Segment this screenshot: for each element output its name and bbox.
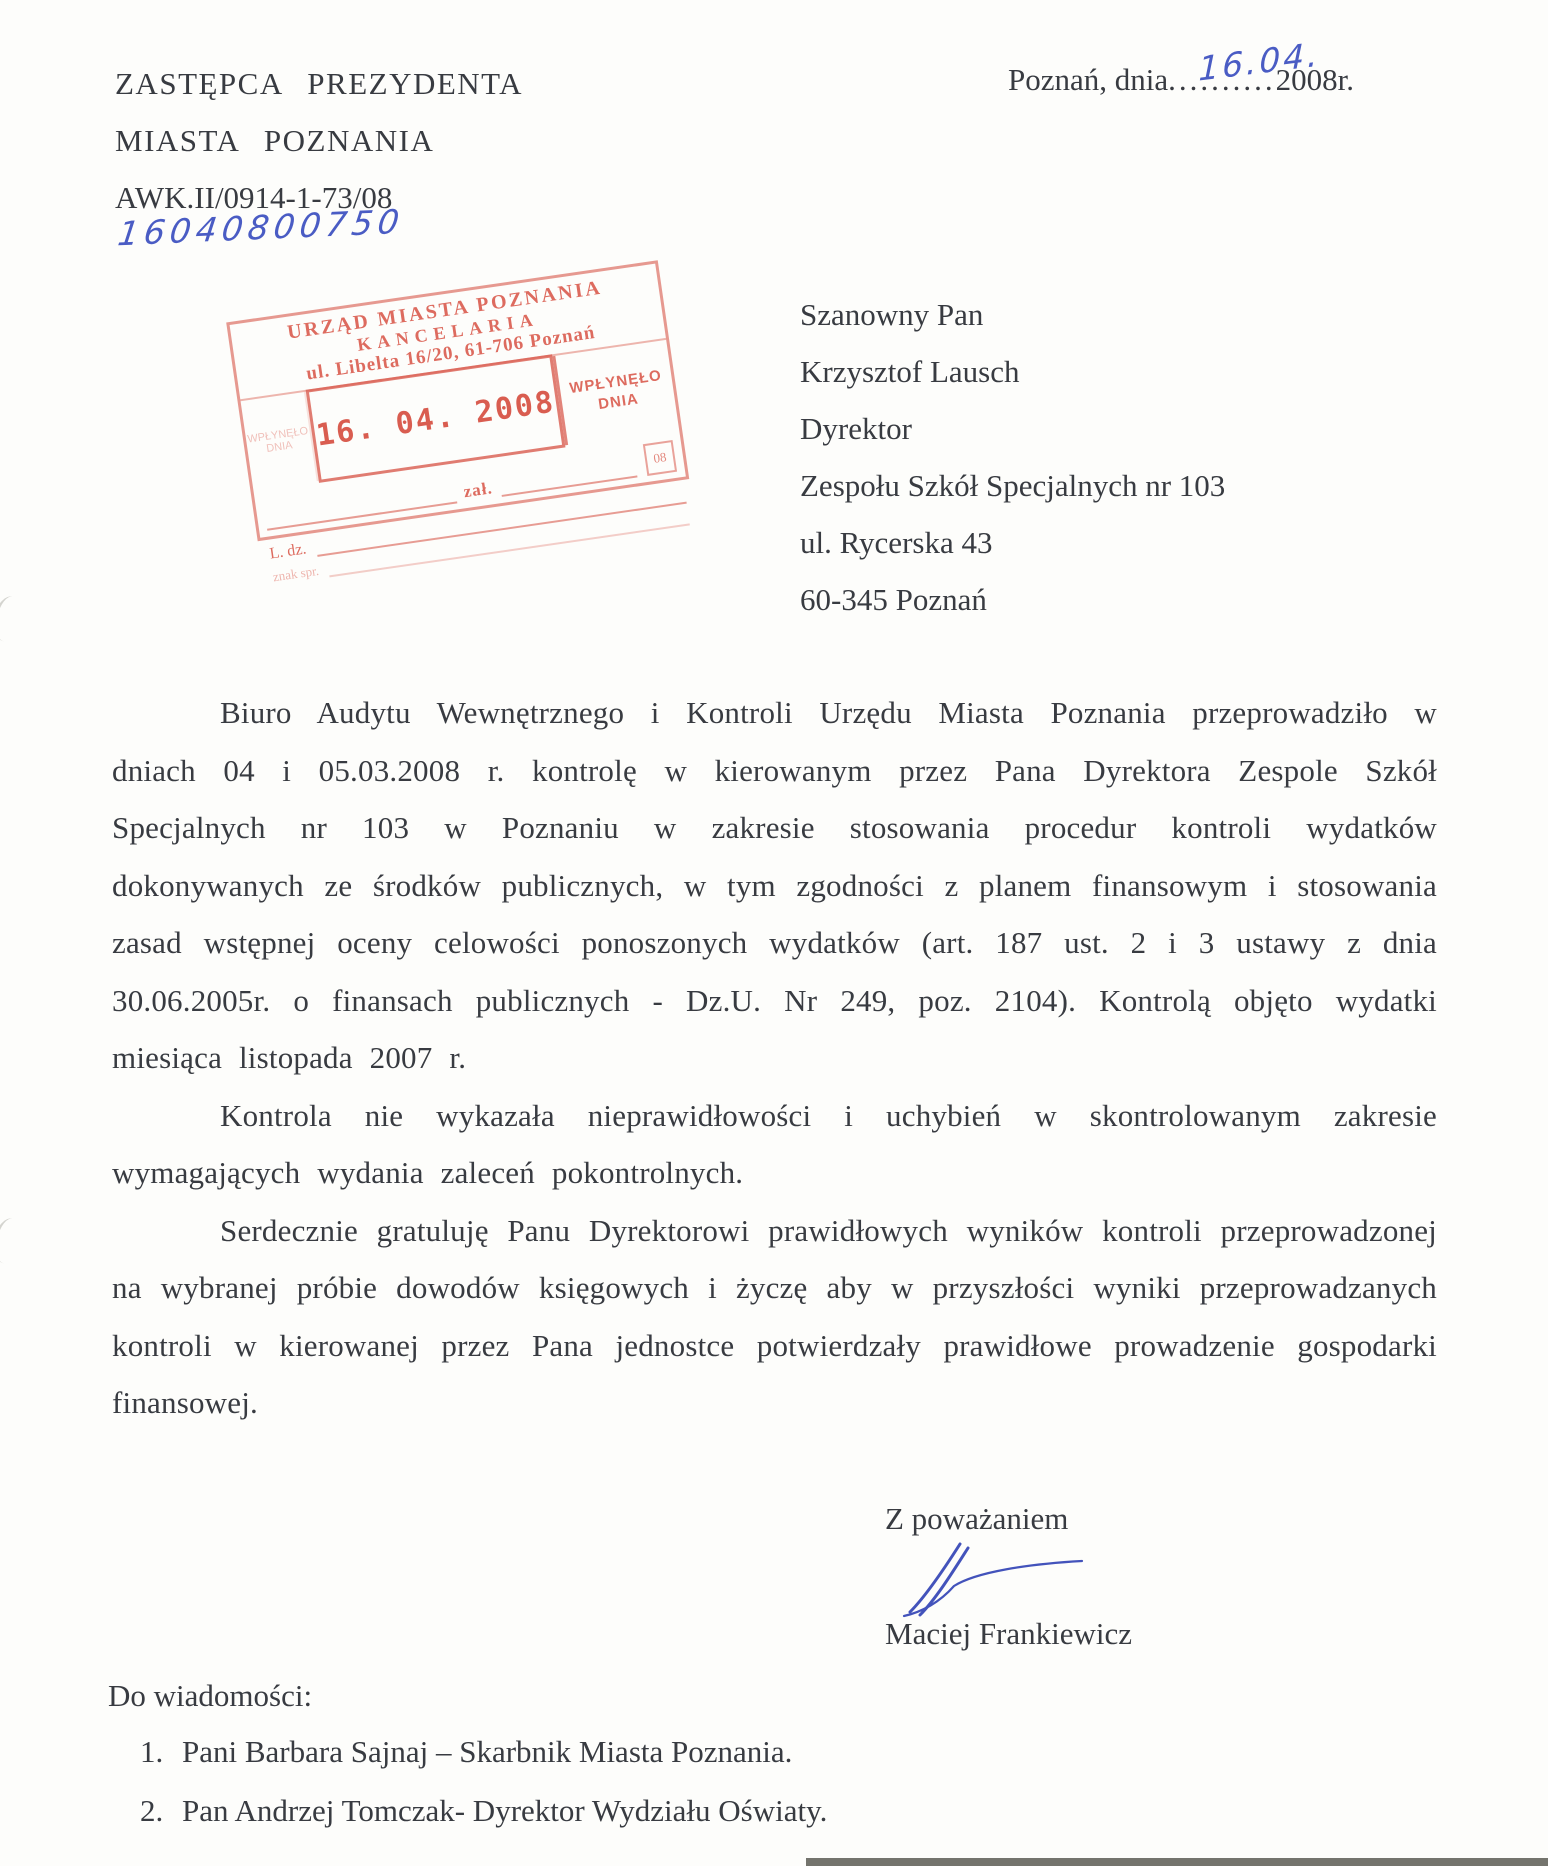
signer-name: Maciej Frankiewicz: [885, 1616, 1132, 1652]
cc-item-number: 1.: [140, 1724, 182, 1780]
cc-item-text: Pan Andrzej Tomczak- Dyrektor Wydziału O…: [182, 1793, 827, 1828]
scan-edge-strip: [806, 1858, 1548, 1866]
body-paragraph: Biuro Audytu Wewnętrznego i Kontroli Urz…: [112, 684, 1437, 1087]
stamp-received-label: WPŁYNĘŁO DNIA: [552, 340, 679, 445]
closing-salutation: Z poważaniem: [885, 1501, 1068, 1537]
recipient-block: Szanowny Pan Krzysztof Lausch Dyrektor Z…: [800, 286, 1225, 628]
cc-item-text: Pani Barbara Sajnaj – Skarbnik Miasta Po…: [182, 1734, 792, 1769]
recipient-line: ul. Rycerska 43: [800, 514, 1225, 571]
scan-artifact-curl: [0, 1215, 27, 1266]
body-paragraph: Kontrola nie wykazała nieprawidłowości i…: [112, 1087, 1437, 1202]
cc-block: Do wiadomości: 1.Pani Barbara Sajnaj – S…: [108, 1671, 827, 1839]
cc-item: 2.Pan Andrzej Tomczak- Dyrektor Wydziału…: [108, 1783, 827, 1839]
scanned-letter-page: ZASTĘPCA PREZYDENTA MIASTA POZNANIA AWK.…: [0, 0, 1548, 1866]
stamp-attachments-label: zał.: [462, 478, 494, 502]
stamp-ghost-received-label: WPŁYNĘŁO DNIA: [241, 392, 319, 490]
recipient-line: Szanowny Pan: [800, 286, 1225, 343]
letter-body: Biuro Audytu Wewnętrznego i Kontroli Urz…: [112, 684, 1437, 1432]
cc-item: 1.Pani Barbara Sajnaj – Skarbnik Miasta …: [108, 1724, 827, 1780]
sender-title-line2: MIASTA POZNANIA: [115, 112, 523, 169]
signature-ink: [888, 1538, 1088, 1620]
recipient-line: Dyrektor: [800, 400, 1225, 457]
sender-block: ZASTĘPCA PREZYDENTA MIASTA POZNANIA AWK.…: [115, 55, 523, 226]
cc-item-number: 2.: [140, 1783, 182, 1839]
recipient-line: Zespołu Szkół Specjalnych nr 103: [800, 457, 1225, 514]
body-paragraph: Serdecznie gratuluję Panu Dyrektorowi pr…: [112, 1202, 1437, 1432]
kancelaria-stamp: URZĄD MIASTA POZNANIA KANCELARIA ul. Lib…: [226, 260, 696, 586]
scan-artifact-curl: [0, 593, 27, 644]
dateline-prefix: Poznań, dnia: [1008, 62, 1168, 97]
recipient-line: 60-345 Poznań: [800, 571, 1225, 628]
stamp-case-label: znak spr.: [272, 563, 320, 585]
stamp-corner-mark: 08: [643, 440, 677, 476]
cc-label: Do wiadomości:: [108, 1671, 827, 1721]
dateline: Poznań, dnia..........2008r. 16.04.: [1008, 62, 1354, 98]
sender-title-line1: ZASTĘPCA PREZYDENTA: [115, 55, 523, 112]
recipient-line: Krzysztof Lausch: [800, 343, 1225, 400]
